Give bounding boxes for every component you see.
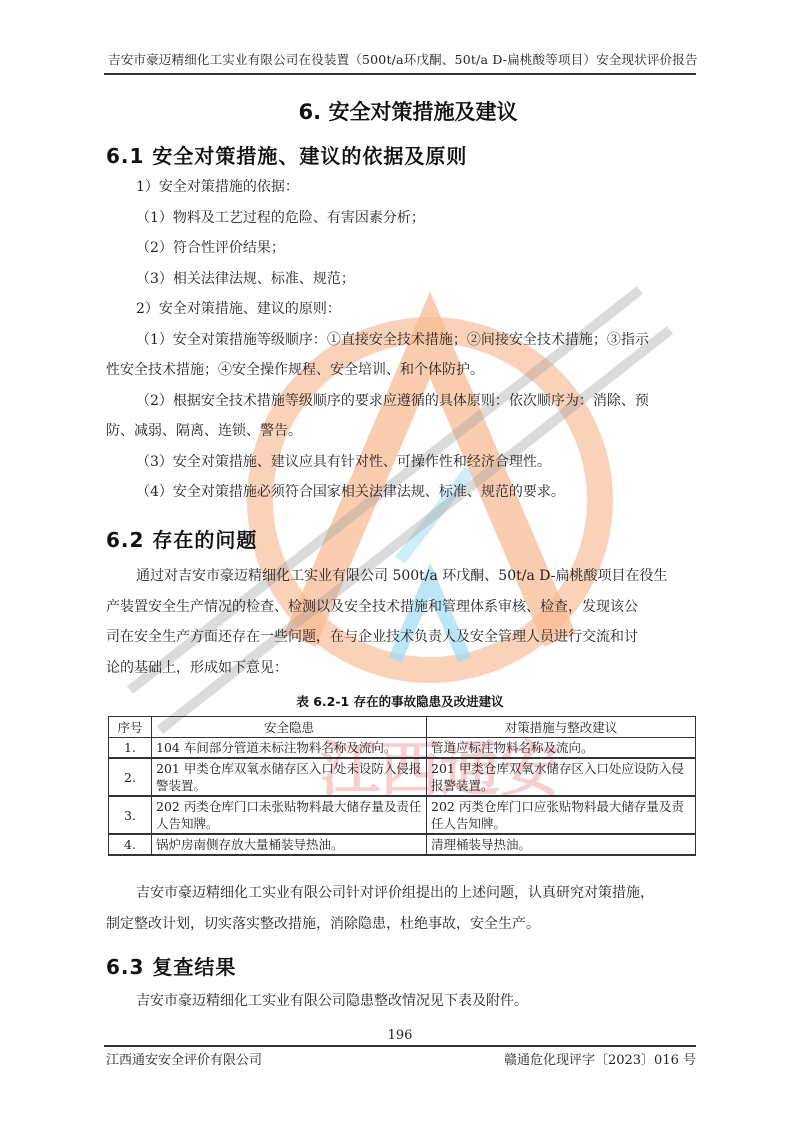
intro-line: 通过对吉安市豪迈精细化工实业有限公司 500t/a 环戊酮、50t/a D-扁桃… [106, 561, 696, 592]
section-title-6-2: 6.2 存在的问题 [106, 524, 257, 553]
issues-table: 序号 安全隐患 对策措施与整改建议 1. 104 车间部分管道未标注物料名称及流… [108, 716, 696, 856]
principles-heading: 2）安全对策措施、建议的原则： [106, 294, 696, 325]
basis-item: （2）符合性评价结果； [106, 233, 696, 264]
running-header: 吉安市豪迈精细化工实业有限公司在役装置（500t/a环戊酮、50t/a D-扁桃… [108, 50, 696, 68]
section-title-6-1: 6.1 安全对策措施、建议的依据及原则 [106, 140, 467, 169]
row-measure: 清理桶装导热油。 [427, 834, 696, 855]
table-row: 2. 201 甲类仓库双氧水储存区入口处未设防入侵报警装置。 201 甲类仓库双… [109, 758, 696, 796]
basis-heading: 1）安全对策措施的依据： [106, 172, 696, 203]
table-row: 3. 202 丙类仓库门口未张贴物料最大储存量及责任人告知牌。 202 丙类仓库… [109, 796, 696, 834]
footer-company: 江西通安安全评价有限公司 [106, 1049, 262, 1068]
table-caption: 表 6.2-1 存在的事故隐患及改进建议 [0, 692, 800, 710]
document-page: 江西通安 吉安市豪迈精细化工实业有限公司在役装置（500t/a环戊酮、50t/a… [0, 0, 800, 1131]
basis-item: （3）相关法律法规、标准、规范； [106, 264, 696, 295]
row-hazard: 104 车间部分管道未标注物料名称及流向。 [152, 738, 427, 759]
footer-report-number: 赣通危化现评字〔2023〕016 号 [504, 1049, 696, 1068]
header-rule [104, 73, 696, 75]
page-number: 196 [0, 1028, 800, 1043]
table-header-row: 序号 安全隐患 对策措施与整改建议 [109, 717, 696, 738]
review-result-text: 吉安市豪迈精细化工实业有限公司隐患整改情况见下表及附件。 [106, 986, 696, 1017]
column-header-hazard: 安全隐患 [152, 717, 427, 738]
section-title-6-3: 6.3 复查结果 [106, 951, 236, 980]
section-6-2-conclusion: 吉安市豪迈精细化工实业有限公司针对评价组提出的上述问题，认真研究对策措施， 制定… [106, 878, 696, 939]
row-number: 3. [109, 796, 152, 834]
intro-line: 司在安全生产方面还存在一些问题，在与企业技术负责人及安全管理人员进行交流和讨 [106, 622, 696, 653]
intro-line: 产装置安全生产情况的检查、检测以及安全技术措施和管理体系审核、检查，发现该公 [106, 592, 696, 623]
row-hazard: 202 丙类仓库门口未张贴物料最大储存量及责任人告知牌。 [152, 796, 427, 834]
principle-2-line-1: （2）根据安全技术措施等级顺序的要求应遵循的具体原则：依次顺序为：消除、预 [106, 386, 696, 417]
conclusion-line: 吉安市豪迈精细化工实业有限公司针对评价组提出的上述问题，认真研究对策措施， [106, 878, 696, 909]
section-6-3-body: 吉安市豪迈精细化工实业有限公司隐患整改情况见下表及附件。 [106, 986, 696, 1017]
section-6-2-intro: 通过对吉安市豪迈精细化工实业有限公司 500t/a 环戊酮、50t/a D-扁桃… [106, 561, 696, 683]
row-measure: 201 甲类仓库双氧水储存区入口处应设防入侵报警装置。 [427, 758, 696, 796]
row-number: 1. [109, 738, 152, 759]
row-measure: 管道应标注物料名称及流向。 [427, 738, 696, 759]
principle-1-line-2: 性安全技术措施；④安全操作规程、安全培训、和个体防护。 [106, 355, 696, 386]
basis-item: （1）物料及工艺过程的危险、有害因素分析； [106, 203, 696, 234]
column-header-measure: 对策措施与整改建议 [427, 717, 696, 738]
principle-3: （3）安全对策措施、建议应具有针对性、可操作性和经济合理性。 [106, 447, 696, 478]
conclusion-line: 制定整改计划，切实落实整改措施，消除隐患，杜绝事故，安全生产。 [106, 909, 696, 940]
principle-4: （4）安全对策措施必须符合国家相关法律法规、标准、规范的要求。 [106, 477, 696, 508]
row-hazard: 锅炉房南侧存放大量桶装导热油。 [152, 834, 427, 855]
principle-1-line-1: （1）安全对策措施等级顺序：①直接安全技术措施；②间接安全技术措施；③指示 [106, 325, 696, 356]
column-header-no: 序号 [109, 717, 152, 738]
chapter-title: 6. 安全对策措施及建议 [0, 96, 800, 126]
principle-2-line-2: 防、减弱、隔离、连锁、警告。 [106, 416, 696, 447]
row-number: 2. [109, 758, 152, 796]
table-row: 4. 锅炉房南侧存放大量桶装导热油。 清理桶装导热油。 [109, 834, 696, 855]
row-hazard: 201 甲类仓库双氧水储存区入口处未设防入侵报警装置。 [152, 758, 427, 796]
intro-line: 论的基础上，形成如下意见： [106, 653, 696, 684]
row-number: 4. [109, 834, 152, 855]
table-row: 1. 104 车间部分管道未标注物料名称及流向。 管道应标注物料名称及流向。 [109, 738, 696, 759]
footer-rule [104, 1045, 696, 1047]
row-measure: 202 丙类仓库门口应张贴物料最大储存量及责任人告知牌。 [427, 796, 696, 834]
section-6-1-body: 1）安全对策措施的依据： （1）物料及工艺过程的危险、有害因素分析； （2）符合… [106, 172, 696, 508]
